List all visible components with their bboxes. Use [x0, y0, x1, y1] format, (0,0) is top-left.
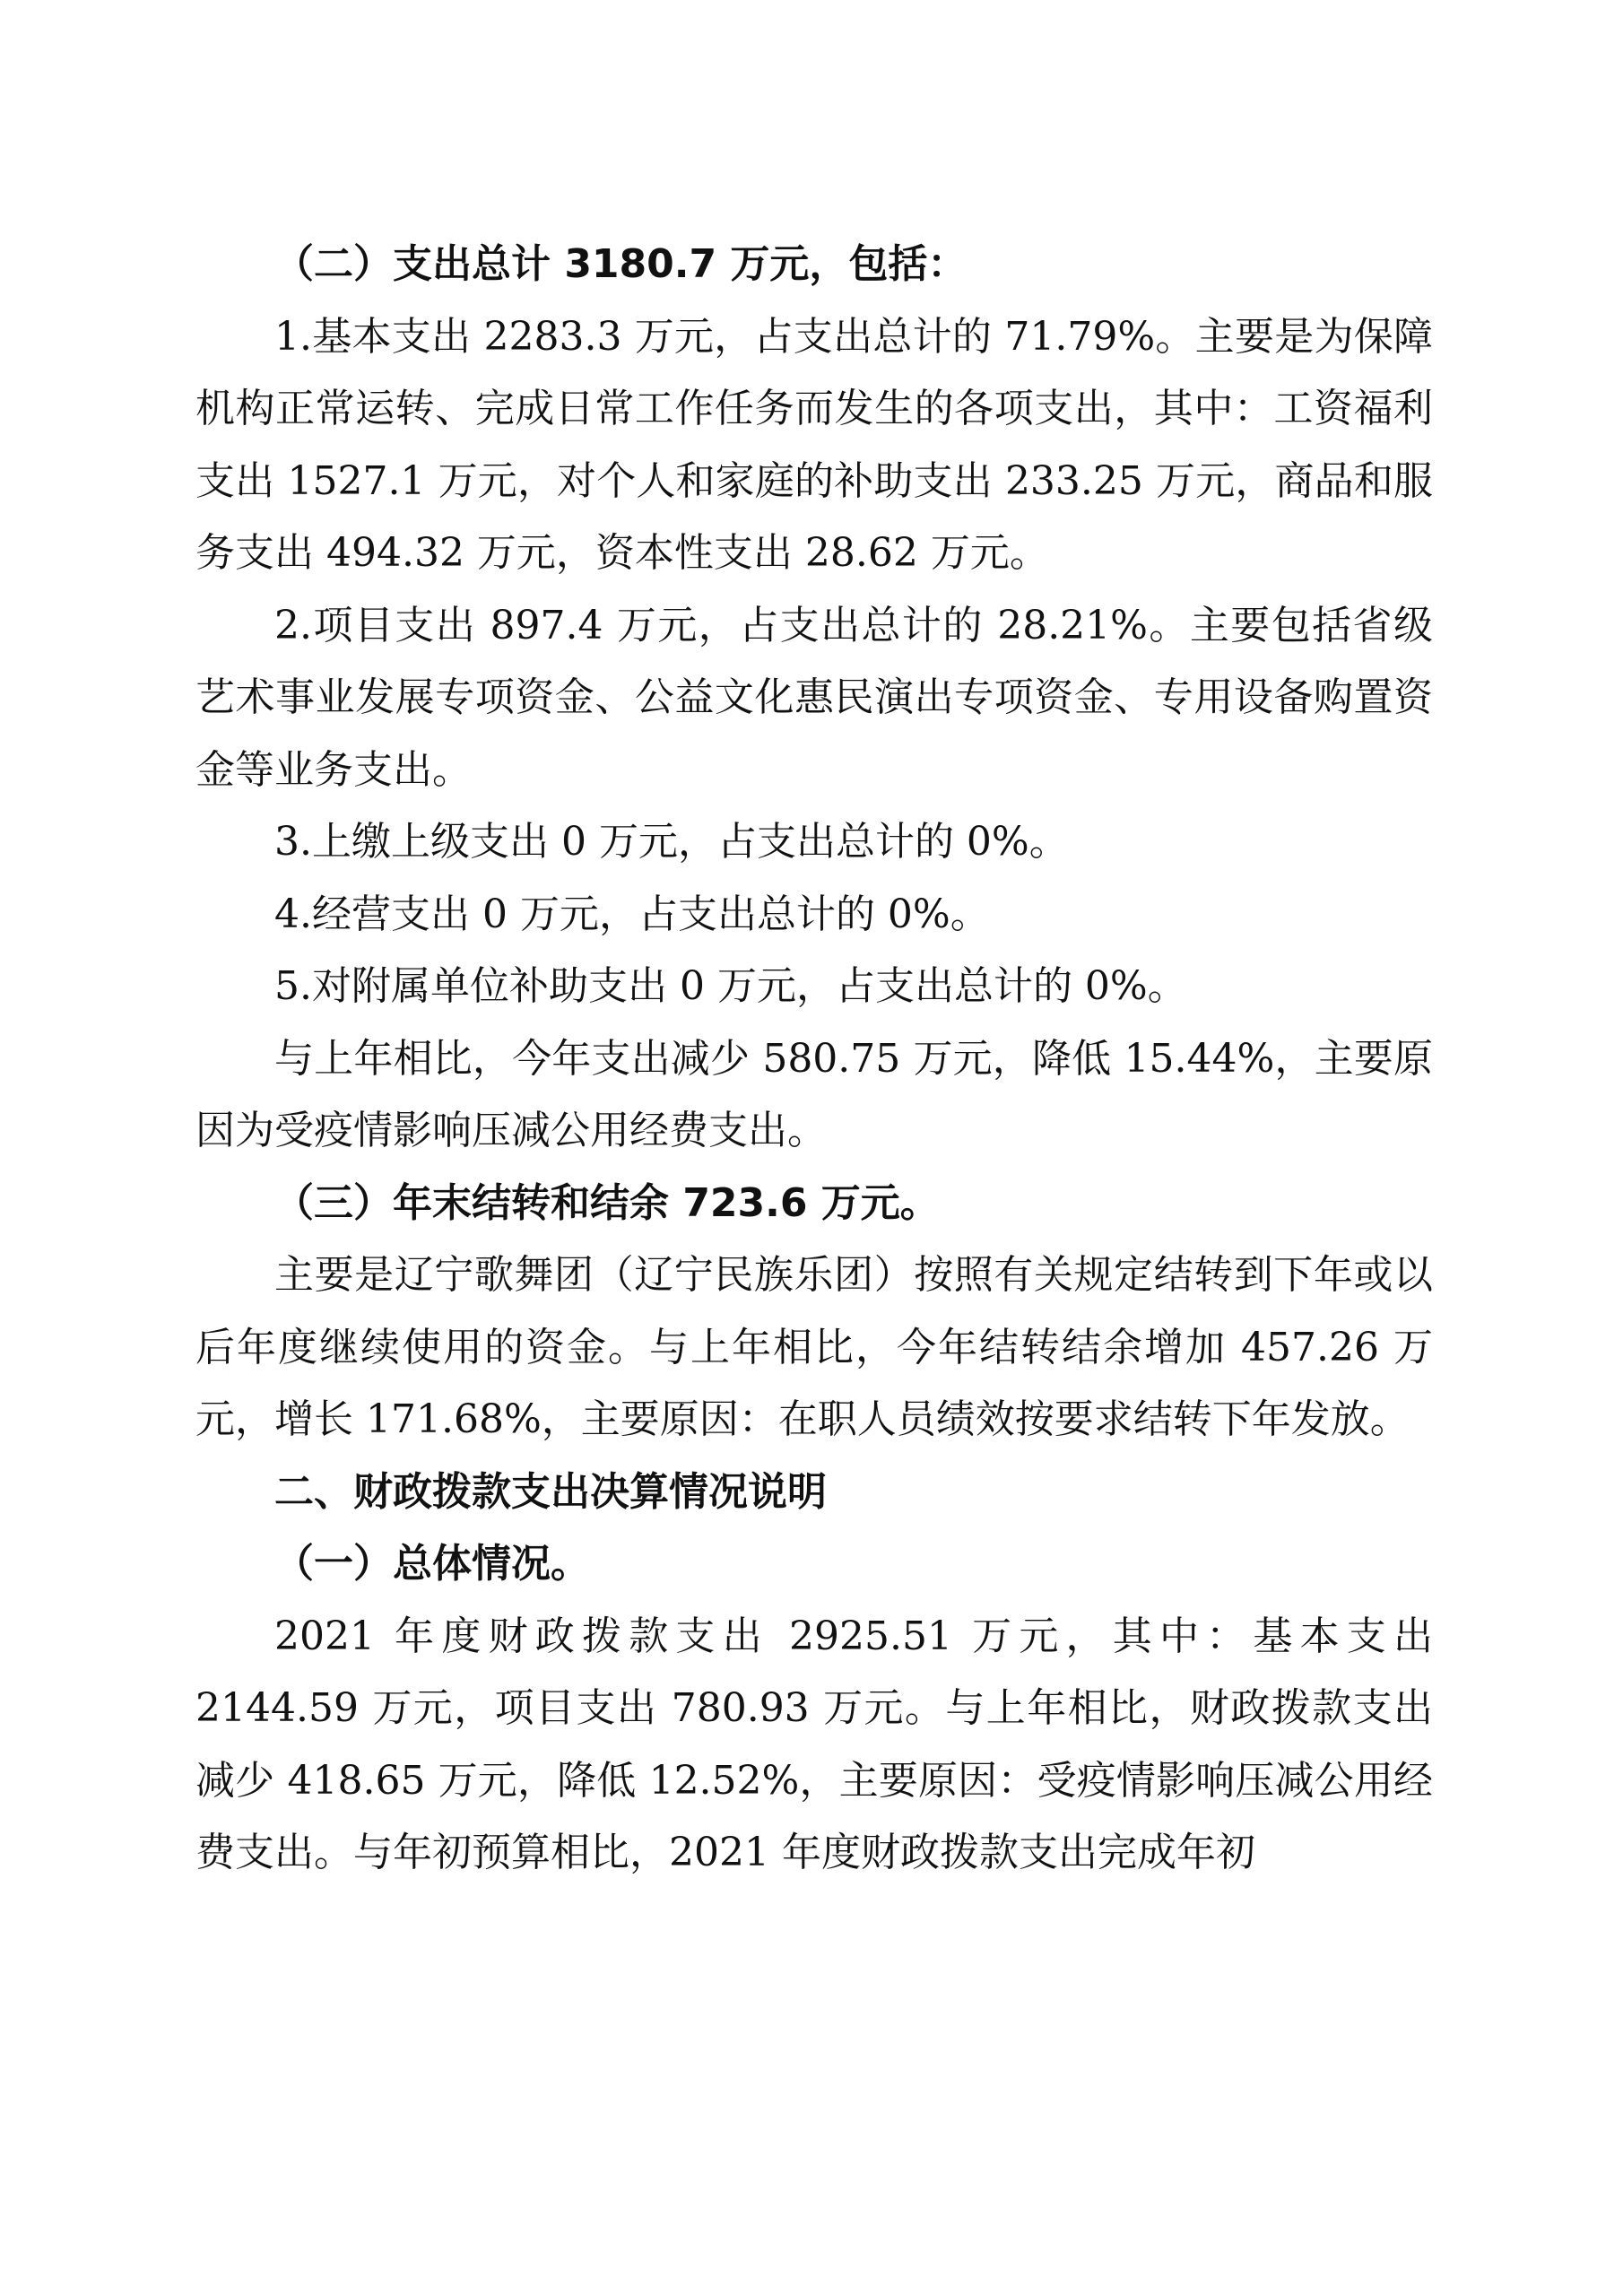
heading-carryover: （三）年末结转和结余 723.6 万元。 [195, 1168, 1433, 1240]
heading-overview: （一）总体情况。 [195, 1528, 1433, 1601]
paragraph-yoy-expenditure: 与上年相比，今年支出减少 580.75 万元，降低 15.44%，主要原因为受疫… [195, 1023, 1433, 1168]
paragraph-upper-level-expenditure: 3.上缴上级支出 0 万元，占支出总计的 0%。 [195, 806, 1433, 879]
document-page: （二）支出总计 3180.7 万元，包括： 1.基本支出 2283.3 万元，占… [195, 229, 1433, 1890]
paragraph-basic-expenditure: 1.基本支出 2283.3 万元，占支出总计的 71.79%。主要是为保障机构正… [195, 301, 1433, 590]
paragraph-overview: 2021 年度财政拨款支出 2925.51 万元，其中：基本支出 2144.59… [195, 1601, 1433, 1890]
paragraph-subsidiary-expenditure: 5.对附属单位补助支出 0 万元，占支出总计的 0%。 [195, 951, 1433, 1023]
paragraph-operating-expenditure: 4.经营支出 0 万元，占支出总计的 0%。 [195, 879, 1433, 952]
heading-expenditure-total: （二）支出总计 3180.7 万元，包括： [195, 229, 1433, 301]
paragraph-project-expenditure: 2.项目支出 897.4 万元，占支出总计的 28.21%。主要包括省级艺术事业… [195, 590, 1433, 807]
heading-section-2: 二、财政拨款支出决算情况说明 [195, 1457, 1433, 1529]
paragraph-carryover: 主要是辽宁歌舞团（辽宁民族乐团）按照有关规定结转到下年或以后年度继续使用的资金。… [195, 1239, 1433, 1457]
